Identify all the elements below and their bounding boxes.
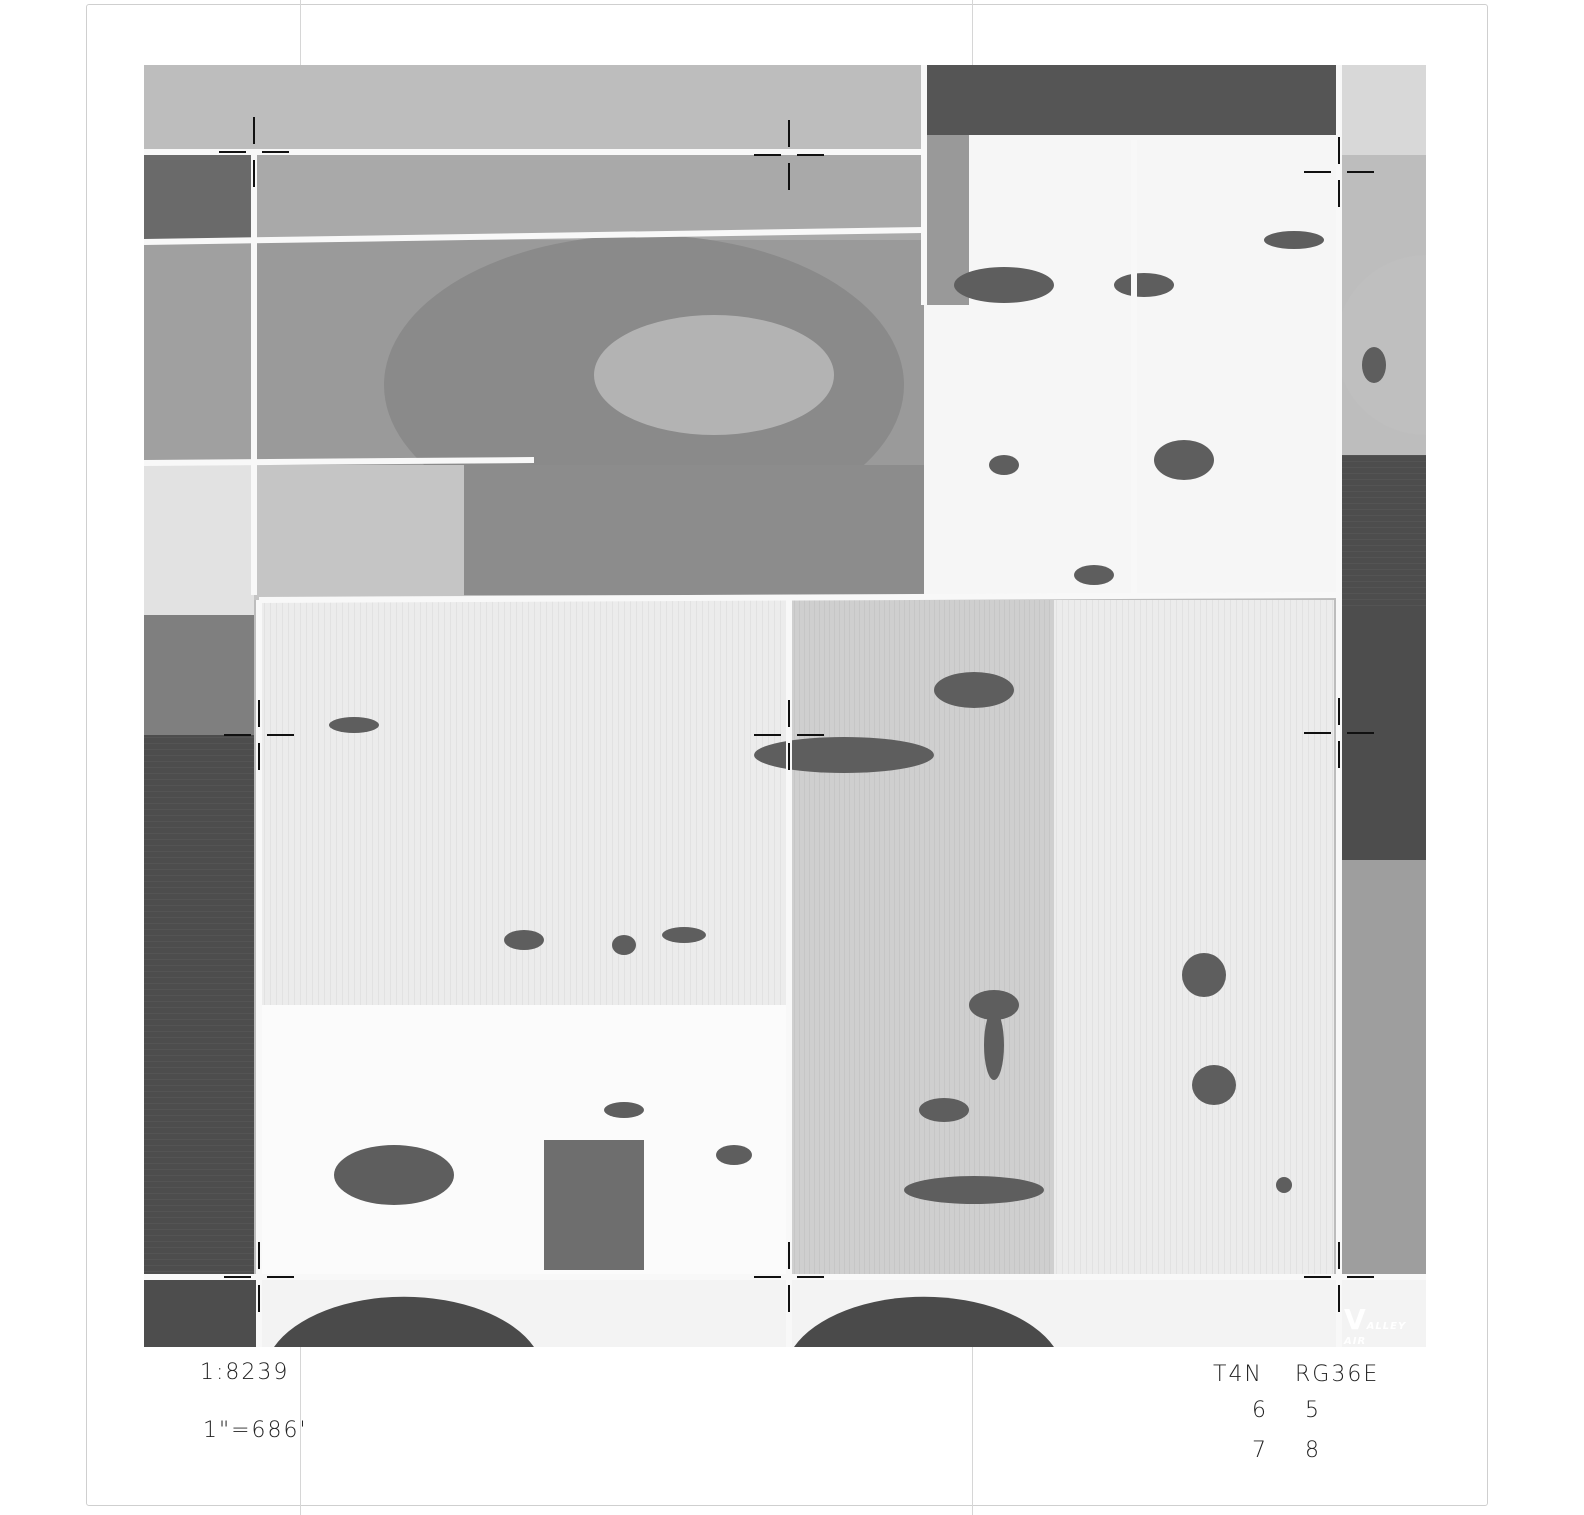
scale-inch: 1"=686' bbox=[203, 1418, 308, 1443]
section-8: 8 bbox=[1305, 1438, 1319, 1463]
section-6: 6 bbox=[1252, 1398, 1266, 1423]
township-label: T4N bbox=[1213, 1362, 1263, 1387]
aerial-image bbox=[144, 65, 1426, 1347]
range-label: RG36E bbox=[1295, 1362, 1379, 1387]
section-7: 7 bbox=[1252, 1438, 1266, 1463]
credit-logo: V bbox=[1344, 1303, 1367, 1336]
scale-ratio: 1:8239 bbox=[200, 1360, 289, 1385]
photo-credit: VALLEY AIR PHOTOS bbox=[1344, 1303, 1426, 1347]
section-5: 5 bbox=[1305, 1398, 1319, 1423]
aerial-photo: VALLEY AIR PHOTOS bbox=[144, 65, 1426, 1347]
